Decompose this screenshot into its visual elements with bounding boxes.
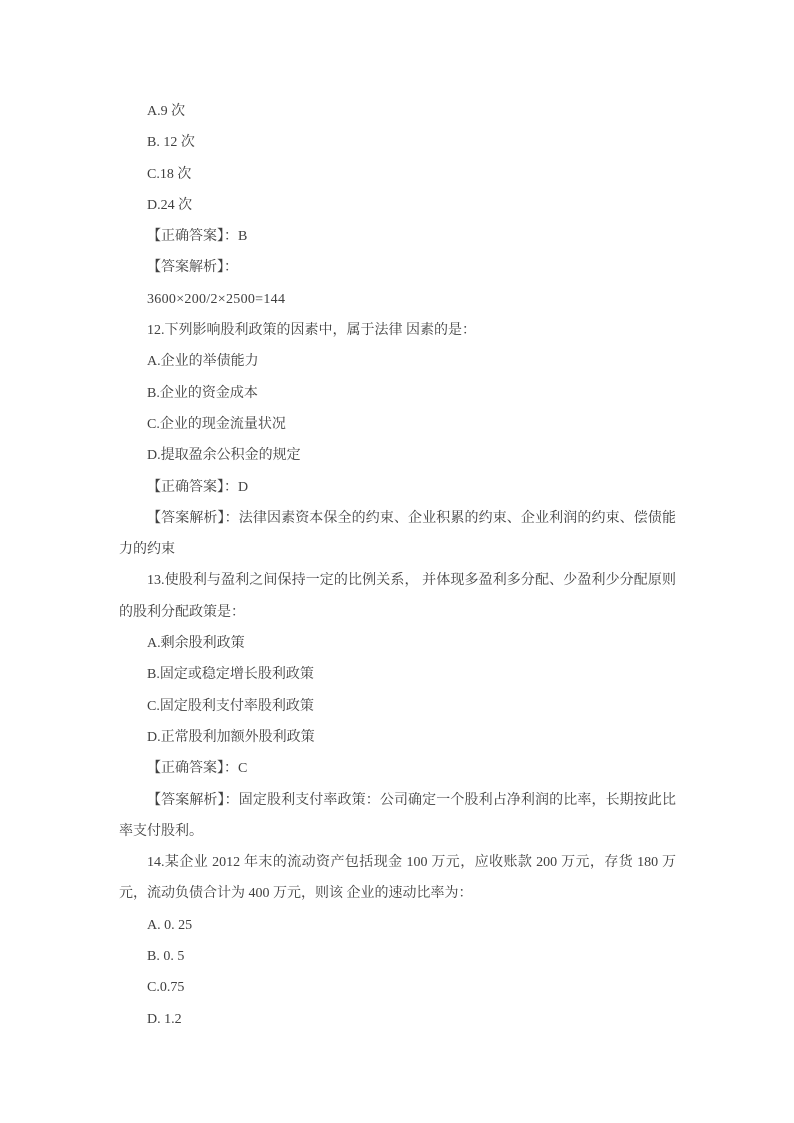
- answer-analysis-line: 【答案解析】：法律因素资本保全的约束、企业积累的约束、企业利润的约束、偿债能力的…: [119, 503, 676, 566]
- answer-option: C.0.75: [119, 972, 676, 1003]
- answer-analysis-line: 【答案解析】：: [119, 252, 676, 283]
- document-content: A.9 次B. 12 次C.18 次D.24 次【正确答案】：B【答案解析】：3…: [119, 96, 676, 1035]
- document-page: A.9 次B. 12 次C.18 次D.24 次【正确答案】：B【答案解析】：3…: [0, 0, 794, 1123]
- answer-option: D.提取盈余公积金的规定: [119, 440, 676, 471]
- answer-option: B. 0. 5: [119, 941, 676, 972]
- correct-answer-line: 【正确答案】：C: [119, 753, 676, 784]
- question-paragraph: 14.某企业 2012 年末的流动资产包括现金 100 万元，应收账款 200 …: [119, 847, 676, 910]
- formula-line: 3600×200/2×2500=144: [119, 284, 676, 315]
- answer-option: A.企业的举债能力: [119, 346, 676, 377]
- question-paragraph: 12.下列影响股利政策的因素中，属于法律 因素的是：: [119, 315, 676, 346]
- answer-option: B. 12 次: [119, 127, 676, 158]
- answer-option: A. 0. 25: [119, 910, 676, 941]
- correct-answer-line: 【正确答案】：B: [119, 221, 676, 252]
- answer-option: C.固定股利支付率股利政策: [119, 691, 676, 722]
- question-paragraph: 13.使股利与盈利之间保持一定的比例关系， 并体现多盈利多分配、少盈利少分配原则…: [119, 565, 676, 628]
- answer-analysis-line: 【答案解析】：固定股利支付率政策：公司确定一个股利占净利润的比率，长期按此比率支…: [119, 785, 676, 848]
- answer-option: D.24 次: [119, 190, 676, 221]
- answer-option: A.9 次: [119, 96, 676, 127]
- answer-option: B.固定或稳定增长股利政策: [119, 659, 676, 690]
- correct-answer-line: 【正确答案】：D: [119, 472, 676, 503]
- answer-option: C.18 次: [119, 159, 676, 190]
- answer-option: C.企业的现金流量状况: [119, 409, 676, 440]
- answer-option: B.企业的资金成本: [119, 378, 676, 409]
- answer-option: D.正常股利加额外股利政策: [119, 722, 676, 753]
- answer-option: D. 1.2: [119, 1004, 676, 1035]
- answer-option: A.剩余股利政策: [119, 628, 676, 659]
